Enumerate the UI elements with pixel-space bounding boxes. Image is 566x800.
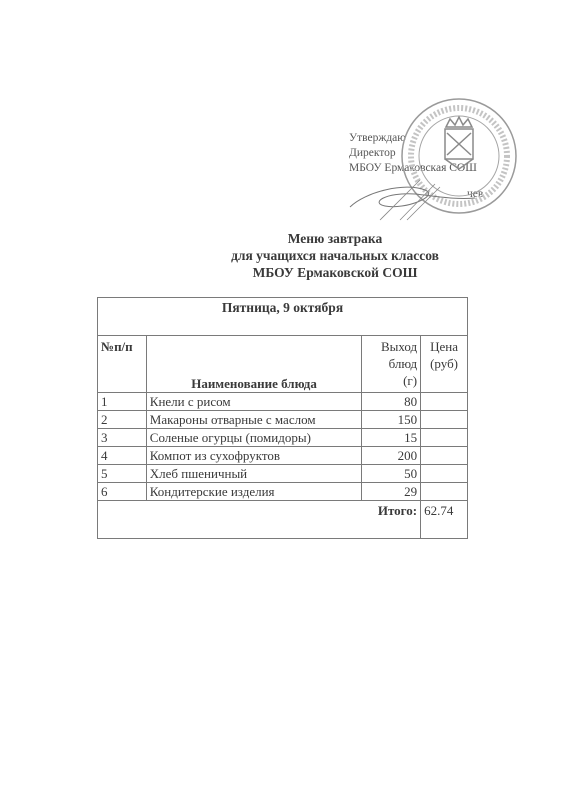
item-name: Компот из сухофруктов <box>146 447 362 465</box>
item-num: 1 <box>98 393 147 411</box>
item-yield: 29 <box>362 483 421 501</box>
table-row: 6 Кондитерские изделия 29 <box>98 483 468 501</box>
item-name: Макароны отварные с маслом <box>146 411 362 429</box>
item-num: 5 <box>98 465 147 483</box>
item-name: Кондитерские изделия <box>146 483 362 501</box>
table-row: 3 Соленые огурцы (помидоры) 15 <box>98 429 468 447</box>
total-row: Итого: 62.74 <box>98 501 468 539</box>
header-yield-l1: Выход <box>365 338 417 355</box>
item-price <box>421 465 468 483</box>
header-yield-l3: (г) <box>365 372 417 389</box>
item-price <box>421 411 468 429</box>
table-row: 4 Компот из сухофруктов 200 <box>98 447 468 465</box>
table-header-row: №п/п Наименование блюда Выход блюд (г) Ц… <box>98 336 468 393</box>
item-name: Кнели с рисом <box>146 393 362 411</box>
item-price <box>421 483 468 501</box>
document-title: Меню завтрака для учащихся начальных кла… <box>200 230 470 281</box>
title-line-audience: для учащихся начальных классов <box>200 247 470 264</box>
item-yield: 15 <box>362 429 421 447</box>
item-price <box>421 429 468 447</box>
header-price-l2: (руб) <box>424 355 464 372</box>
total-value: 62.74 <box>421 501 468 539</box>
header-price: Цена (руб) <box>421 336 468 393</box>
title-line-school: МБОУ Ермаковской СОШ <box>200 264 470 281</box>
item-num: 4 <box>98 447 147 465</box>
item-price <box>421 393 468 411</box>
header-num: №п/п <box>98 336 147 393</box>
header-yield: Выход блюд (г) <box>362 336 421 393</box>
header-yield-l2: блюд <box>365 355 417 372</box>
item-price <box>421 447 468 465</box>
menu-date: Пятница, 9 октября <box>98 298 468 336</box>
menu-table: Пятница, 9 октября №п/п Наименование блю… <box>97 297 468 539</box>
total-label: Итого: <box>98 501 421 539</box>
signature-icon <box>345 172 495 222</box>
header-name: Наименование блюда <box>146 336 362 393</box>
item-num: 3 <box>98 429 147 447</box>
item-yield: 80 <box>362 393 421 411</box>
header-price-l1: Цена <box>424 338 464 355</box>
item-name: Соленые огурцы (помидоры) <box>146 429 362 447</box>
table-row: 1 Кнели с рисом 80 <box>98 393 468 411</box>
item-name: Хлеб пшеничный <box>146 465 362 483</box>
item-yield: 200 <box>362 447 421 465</box>
item-yield: 150 <box>362 411 421 429</box>
item-num: 2 <box>98 411 147 429</box>
item-num: 6 <box>98 483 147 501</box>
table-row: 5 Хлеб пшеничный 50 <box>98 465 468 483</box>
table-row: 2 Макароны отварные с маслом 150 <box>98 411 468 429</box>
title-line-menu: Меню завтрака <box>200 230 470 247</box>
item-yield: 50 <box>362 465 421 483</box>
